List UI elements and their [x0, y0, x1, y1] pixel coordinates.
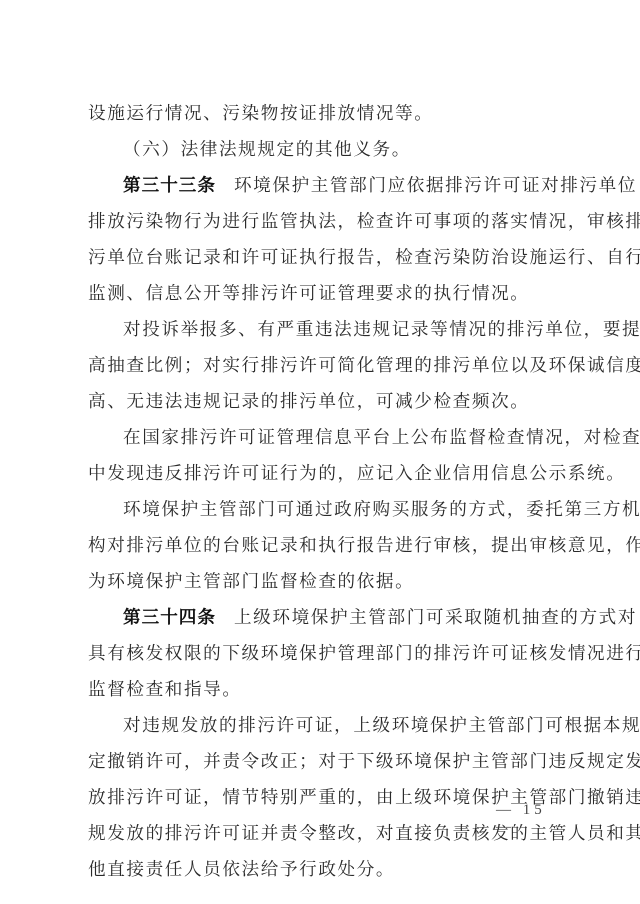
line-text: （六）法律法规规定的其他义务。	[123, 140, 411, 160]
line-text: 定撤销许可，并责令改正；对于下级环境保护主管部门违反规定发	[88, 752, 640, 772]
text-line: 环境保护主管部门可通过政府购买服务的方式，委托第三方机	[88, 492, 558, 528]
text-line: 为环境保护主管部门监督检查的依据。	[88, 564, 558, 600]
text-line: 规发放的排污许可证并责令整改，对直接负责核发的主管人员和其	[88, 816, 558, 852]
text-line: 放排污许可证，情节特别严重的，由上级环境保护主管部门撤销违	[88, 780, 558, 816]
text-line: 高、无违法违规记录的排污单位，可减少检查频次。	[88, 384, 558, 420]
line-text: 在国家排污许可证管理信息平台上公布监督检查情况，对检查	[123, 428, 640, 448]
text-line: 监测、信息公开等排污许可证管理要求的执行情况。	[88, 276, 558, 312]
text-line: 在国家排污许可证管理信息平台上公布监督检查情况，对检查	[88, 420, 558, 456]
article-heading: 第三十三条	[123, 175, 216, 196]
text-line: 构对排污单位的台账记录和执行报告进行审核，提出审核意见，作	[88, 528, 558, 564]
text-line: 他直接责任人员依法给予行政处分。	[88, 852, 558, 888]
text-line: 定撤销许可，并责令改正；对于下级环境保护主管部门违反规定发	[88, 744, 558, 780]
text-line: 监督检查和指导。	[88, 672, 558, 708]
text-line: （六）法律法规规定的其他义务。	[88, 132, 558, 168]
text-line: 第三十四条上级环境保护主管部门可采取随机抽查的方式对	[88, 600, 558, 636]
text-line: 第三十三条环境保护主管部门应依据排污许可证对排污单位	[88, 168, 558, 204]
text-line: 对违规发放的排污许可证，上级环境保护主管部门可根据本规	[88, 708, 558, 744]
line-text: 高、无违法违规记录的排污单位，可减少检查频次。	[88, 392, 529, 412]
page-number: — 15 —	[496, 802, 566, 836]
line-text: 具有核发权限的下级环境保护管理部门的排污许可证核发情况进行	[88, 644, 640, 664]
line-text: 为环境保护主管部门监督检查的依据。	[88, 572, 414, 592]
line-text: 他直接责任人员依法给予行政处分。	[88, 860, 395, 880]
line-text: 上级环境保护主管部门可采取随机抽查的方式对	[234, 608, 637, 628]
text-line: 排放污染物行为进行监管执法，检查许可事项的落实情况，审核排	[88, 204, 558, 240]
line-text: 监测、信息公开等排污许可证管理要求的执行情况。	[88, 284, 529, 304]
text-line: 具有核发权限的下级环境保护管理部门的排污许可证核发情况进行	[88, 636, 558, 672]
line-text: 对违规发放的排污许可证，上级环境保护主管部门可根据本规	[123, 716, 640, 736]
text-line: 中发现违反排污许可证行为的，应记入企业信用信息公示系统。	[88, 456, 558, 492]
line-text: 排放污染物行为进行监管执法，检查许可事项的落实情况，审核排	[88, 212, 640, 232]
line-text: 中发现违反排污许可证行为的，应记入企业信用信息公示系统。	[88, 464, 625, 484]
article-heading: 第三十四条	[123, 607, 216, 628]
text-line: 高抽查比例；对实行排污许可简化管理的排污单位以及环保诚信度	[88, 348, 558, 384]
line-text: 环境保护主管部门可通过政府购买服务的方式，委托第三方机	[123, 500, 640, 520]
line-text: 构对排污单位的台账记录和执行报告进行审核，提出审核意见，作	[88, 536, 640, 556]
line-text: 高抽查比例；对实行排污许可简化管理的排污单位以及环保诚信度	[88, 356, 640, 376]
line-text: 对投诉举报多、有严重违法违规记录等情况的排污单位，要提	[123, 320, 640, 340]
text-line: 设施运行情况、污染物按证排放情况等。	[88, 96, 558, 132]
text-line: 对投诉举报多、有严重违法违规记录等情况的排污单位，要提	[88, 312, 558, 348]
line-text: 监督检查和指导。	[88, 680, 242, 700]
line-text: 环境保护主管部门应依据排污许可证对排污单位	[234, 176, 637, 196]
line-text: 设施运行情况、污染物按证排放情况等。	[88, 104, 434, 124]
document-page: 设施运行情况、污染物按证排放情况等。（六）法律法规规定的其他义务。第三十三条环境…	[88, 96, 558, 888]
text-line: 污单位台账记录和许可证执行报告，检查污染防治设施运行、自行	[88, 240, 558, 276]
line-text: 污单位台账记录和许可证执行报告，检查污染防治设施运行、自行	[88, 248, 640, 268]
